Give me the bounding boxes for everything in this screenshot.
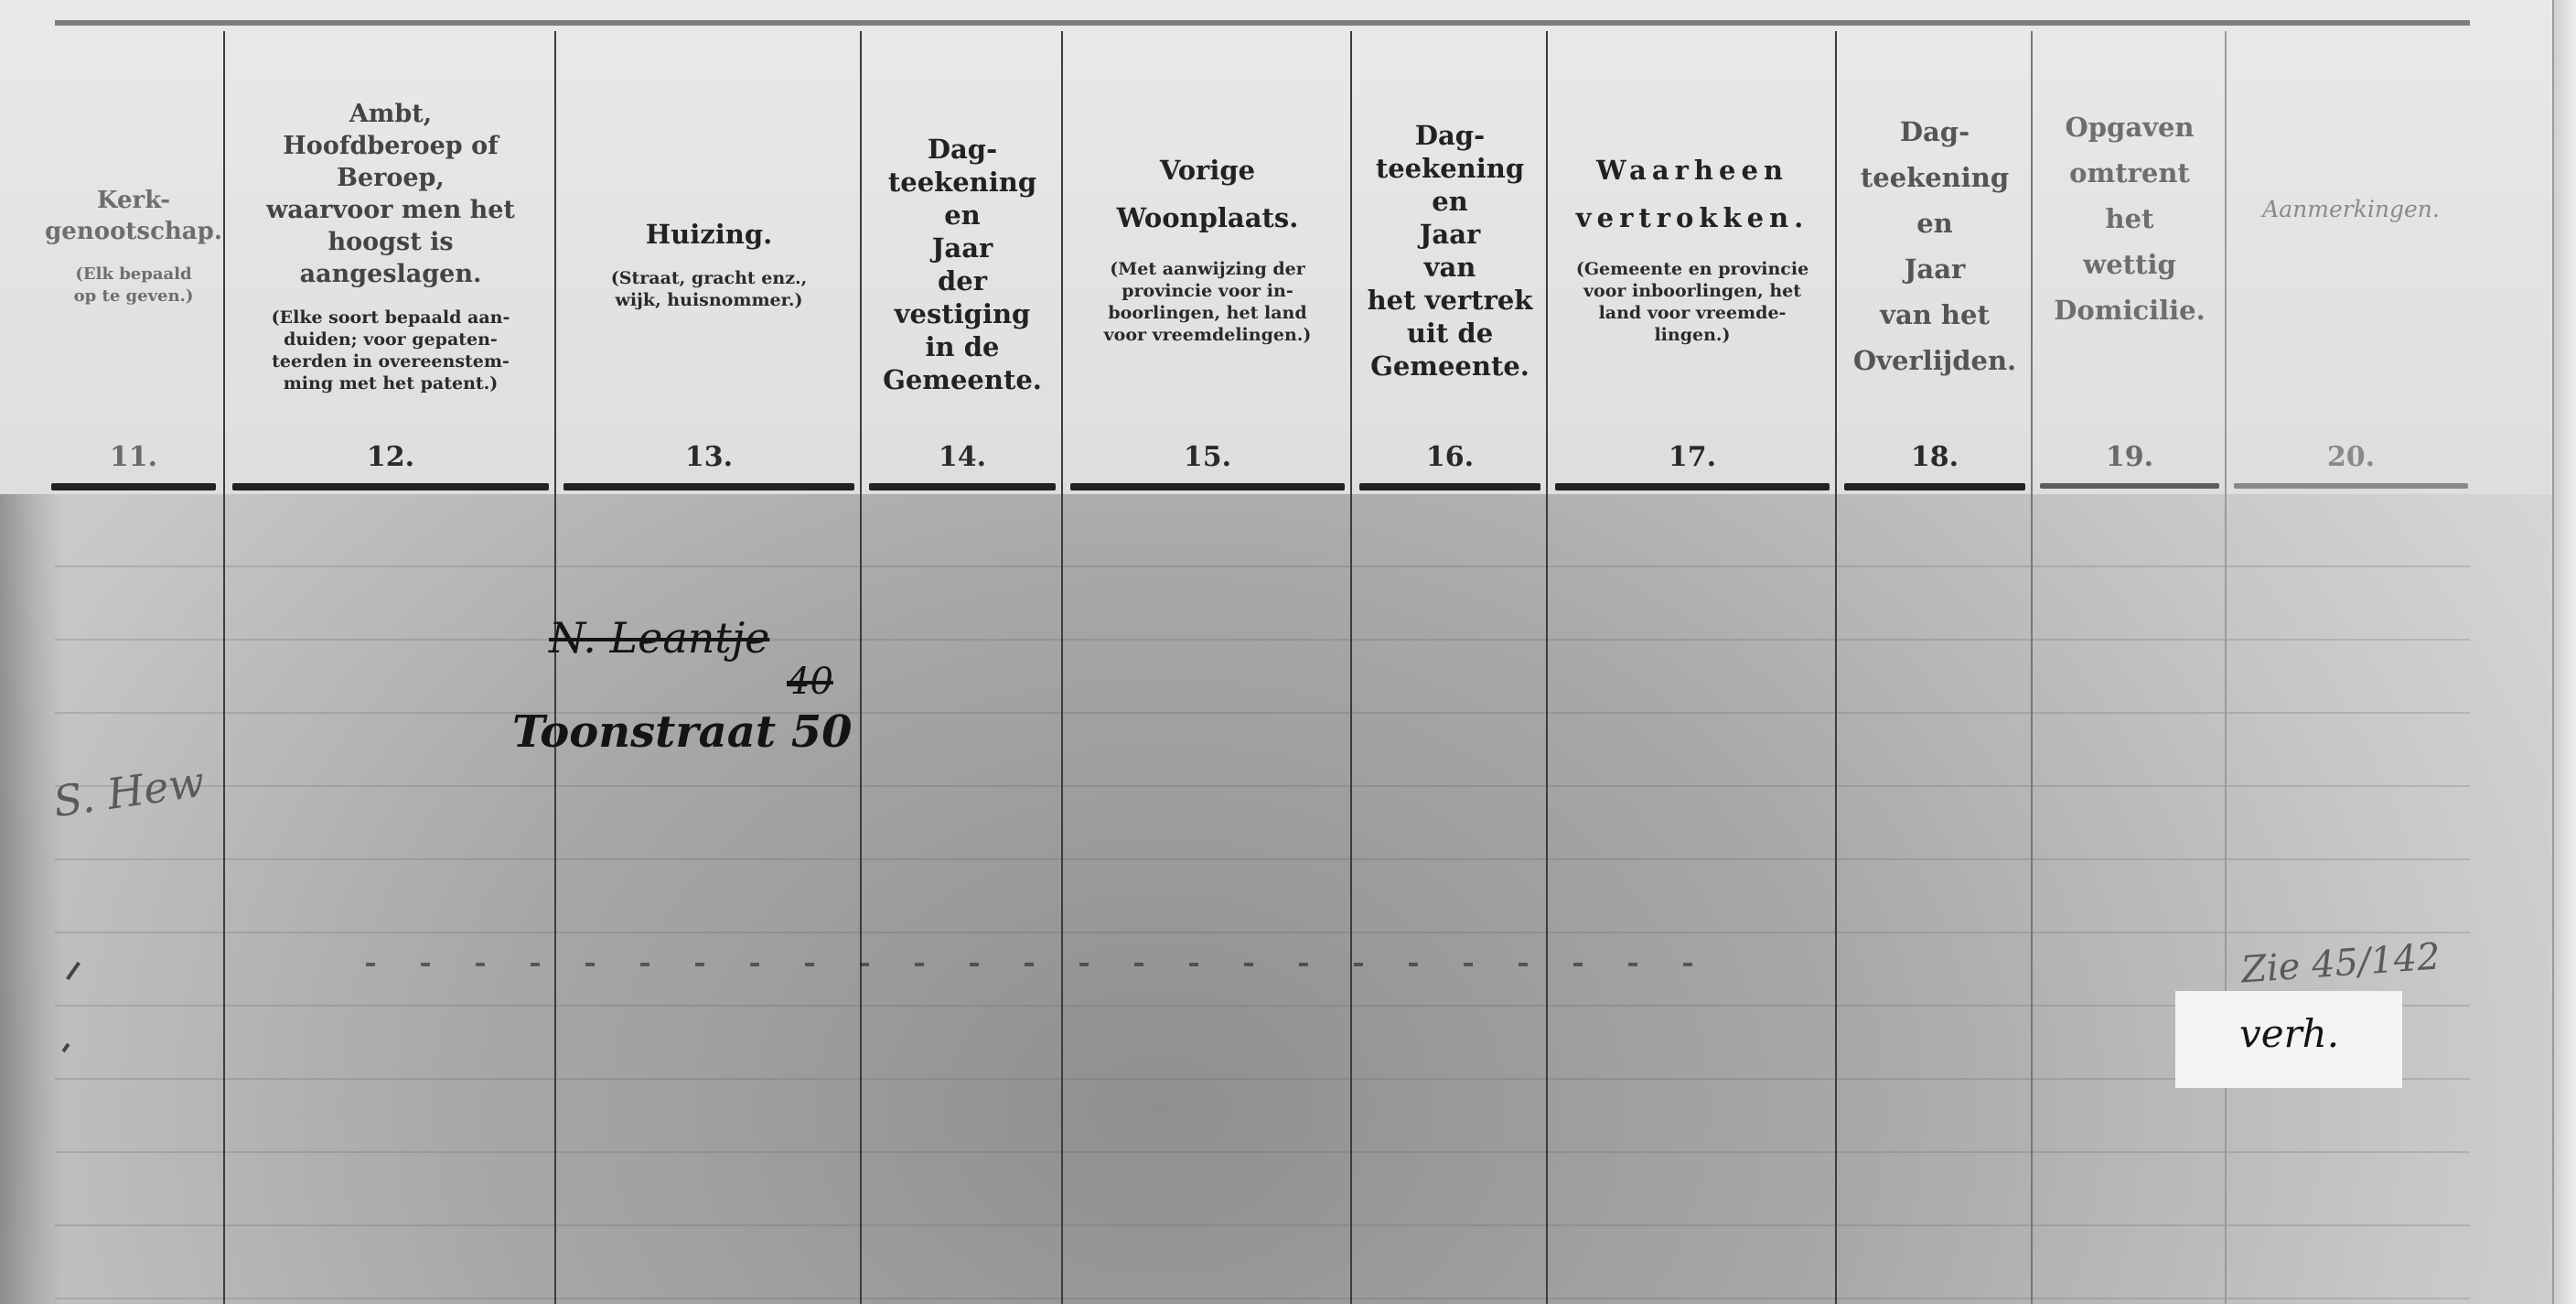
column-20-rule (2234, 483, 2468, 489)
handwritten-remark-highlighted: verh. (2239, 1011, 2339, 1056)
column-19-title: Opgaven omtrent het wettig Domicilie. (2045, 104, 2214, 333)
column-12-title: Ambt, Hoofdberoep of Beroep, waarvoor me… (247, 98, 534, 290)
column-19-domicile: Opgaven omtrent het wettig Domicilie. 19… (2031, 31, 2227, 1304)
column-17-number: 17. (1548, 441, 1837, 473)
column-13-title: Huizing. (646, 218, 772, 251)
column-15-rule (1070, 483, 1345, 490)
column-19-rule (2040, 483, 2219, 489)
column-20-number: 20. (2227, 441, 2475, 473)
column-16-number: 16. (1352, 441, 1548, 473)
column-13-number: 13. (556, 441, 862, 473)
column-11-rule (51, 483, 216, 490)
column-11-title: Kerk- genootschap. (45, 185, 222, 247)
column-11-note: (Elk bepaald op te geven.) (74, 264, 194, 307)
handwritten-address-struck: N. Leantje (549, 613, 769, 663)
column-18-title: Dag- teekening en Jaar van het Overlijde… (1853, 109, 2016, 383)
handwritten-address-current: Toonstraat 50 (512, 706, 853, 758)
column-15-number: 15. (1063, 441, 1352, 473)
column-16-rule (1359, 483, 1540, 490)
column-15-title: Vorige Woonplaats. (1117, 146, 1299, 242)
column-18-rule (1844, 483, 2025, 490)
column-14-title: Dag- teekening en Jaar der vestiging in … (883, 133, 1042, 396)
column-15-note: (Met aanwijzing der provincie voor in- b… (1104, 258, 1312, 346)
column-16-departure-date: Dag- teekening en Jaar van het vertrek u… (1350, 31, 1548, 1304)
column-17-note: (Gemeente en provincie voor inboorlingen… (1576, 258, 1809, 346)
column-14-rule (869, 483, 1056, 490)
column-18-death-date: Dag- teekening en Jaar van het Overlijde… (1835, 31, 2033, 1304)
top-rule (55, 20, 2470, 26)
register-page: Kerk- genootschap. (Elk bepaald op te ge… (0, 0, 2576, 1304)
column-17-rule (1555, 483, 1830, 490)
handwritten-number-struck: 40 (787, 661, 833, 703)
column-14-settlement-date: Dag- teekening en Jaar der vestiging in … (860, 31, 1063, 1304)
column-13-note: (Straat, gracht enz., wijk, huisnommer.) (611, 267, 807, 311)
column-15-previous-residence: Vorige Woonplaats. (Met aanwijzing der p… (1061, 31, 1352, 1304)
column-18-number: 18. (1837, 441, 2033, 473)
column-12-rule (232, 483, 549, 490)
column-11-religion: Kerk- genootschap. (Elk bepaald op te ge… (44, 31, 223, 1304)
column-17-title: Waarheen vertrokken. (1576, 146, 1809, 242)
column-20-title: Aanmerkingen. (2262, 193, 2440, 226)
column-20-remarks: Aanmerkingen. 20. (2225, 31, 2475, 1304)
column-19-number: 19. (2033, 441, 2227, 473)
column-11-number: 11. (44, 441, 223, 473)
column-17-destination: Waarheen vertrokken. (Gemeente en provin… (1546, 31, 1837, 1304)
column-14-number: 14. (862, 441, 1063, 473)
page-right-edge (2552, 0, 2576, 1304)
column-12-profession: Ambt, Hoofdberoep of Beroep, waarvoor me… (223, 31, 556, 1304)
column-12-note: (Elke soort bepaald aan- duiden; voor ge… (272, 307, 510, 394)
column-13-rule (563, 483, 854, 490)
column-12-number: 12. (225, 441, 556, 473)
column-16-title: Dag- teekening en Jaar van het vertrek u… (1368, 119, 1533, 383)
dotted-row-marks (366, 963, 1720, 966)
